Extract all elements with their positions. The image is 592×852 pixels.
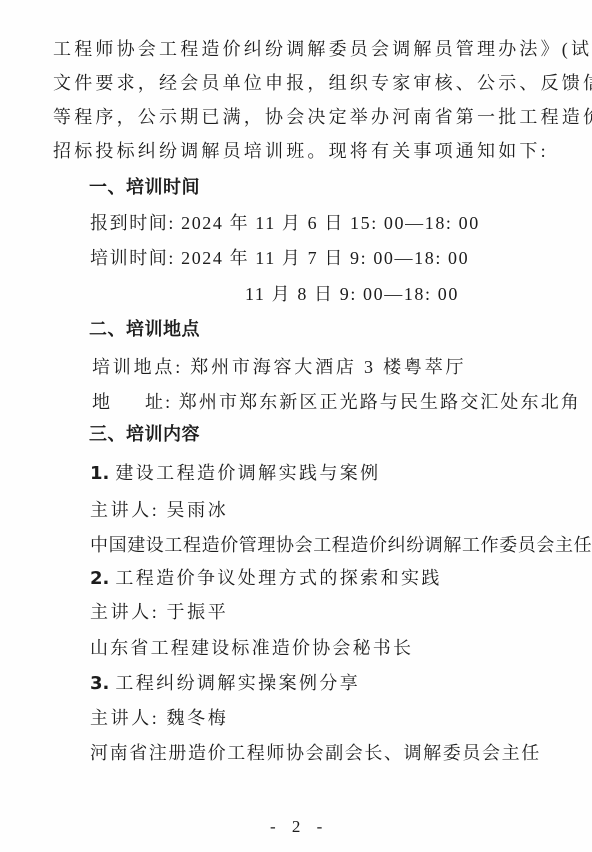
address: 址: 郑州市郑东新区正光路与民生路交汇处东北角	[145, 391, 581, 413]
section-heading-training-content: 三、培训内容	[89, 424, 200, 446]
course-2-speaker: 主讲人: 于振平	[90, 601, 228, 623]
course-1-speaker: 主讲人: 吴雨冰	[90, 499, 228, 521]
document-page: 工程师协会工程造价纠纷调解委员会调解员管理办法》(试行) 文件要求，经会员单位申…	[0, 0, 592, 852]
course-2-title: 2.工程造价争议处理方式的探索和实践	[90, 567, 442, 589]
course-2-number: 2.	[90, 568, 109, 589]
registration-time: 报到时间: 2024 年 11 月 6 日 15: 00—18: 00	[90, 212, 480, 234]
section-heading-training-location: 二、培训地点	[89, 319, 200, 341]
course-1-title-text: 建设工程造价调解实践与案例	[115, 463, 380, 483]
intro-line-2: 文件要求，经会员单位申报，组织专家审核、公示、反馈信息	[53, 72, 592, 94]
course-1-number: 1.	[90, 463, 109, 484]
course-2-title-text: 工程造价争议处理方式的探索和实践	[115, 568, 441, 588]
training-time-day1: 培训时间: 2024 年 11 月 7 日 9: 00—18: 00	[90, 247, 469, 269]
course-3-speaker: 主讲人: 魏冬梅	[90, 707, 228, 729]
intro-line-3: 等程序，公示期已满，协会决定举办河南省第一批工程造价和	[53, 106, 592, 128]
section-heading-training-time: 一、培训时间	[89, 177, 200, 199]
course-1-title: 1.建设工程造价调解实践与案例	[90, 462, 381, 484]
venue: 培训地点: 郑州市海容大酒店 3 楼粤萃厅	[92, 356, 466, 378]
course-3-speaker-role: 河南省注册造价工程师协会副会长、调解委员会主任	[90, 742, 541, 764]
course-3-title-text: 工程纠纷调解实操案例分享	[115, 673, 360, 693]
address-label: 地	[92, 391, 113, 413]
course-3-title: 3.工程纠纷调解实操案例分享	[90, 672, 360, 694]
course-2-speaker-role: 山东省工程建设标准造价协会秘书长	[90, 637, 413, 659]
intro-line-4: 招标投标纠纷调解员培训班。现将有关事项通知如下:	[53, 140, 549, 162]
course-1-speaker-role: 中国建设工程造价管理协会工程造价纠纷调解工作委员会主任	[90, 534, 592, 556]
page-number: - 2 -	[270, 816, 328, 838]
course-3-number: 3.	[90, 673, 109, 694]
training-time-day2: 11 月 8 日 9: 00—18: 00	[245, 283, 459, 305]
intro-line-1: 工程师协会工程造价纠纷调解委员会调解员管理办法》(试行)	[53, 38, 592, 60]
